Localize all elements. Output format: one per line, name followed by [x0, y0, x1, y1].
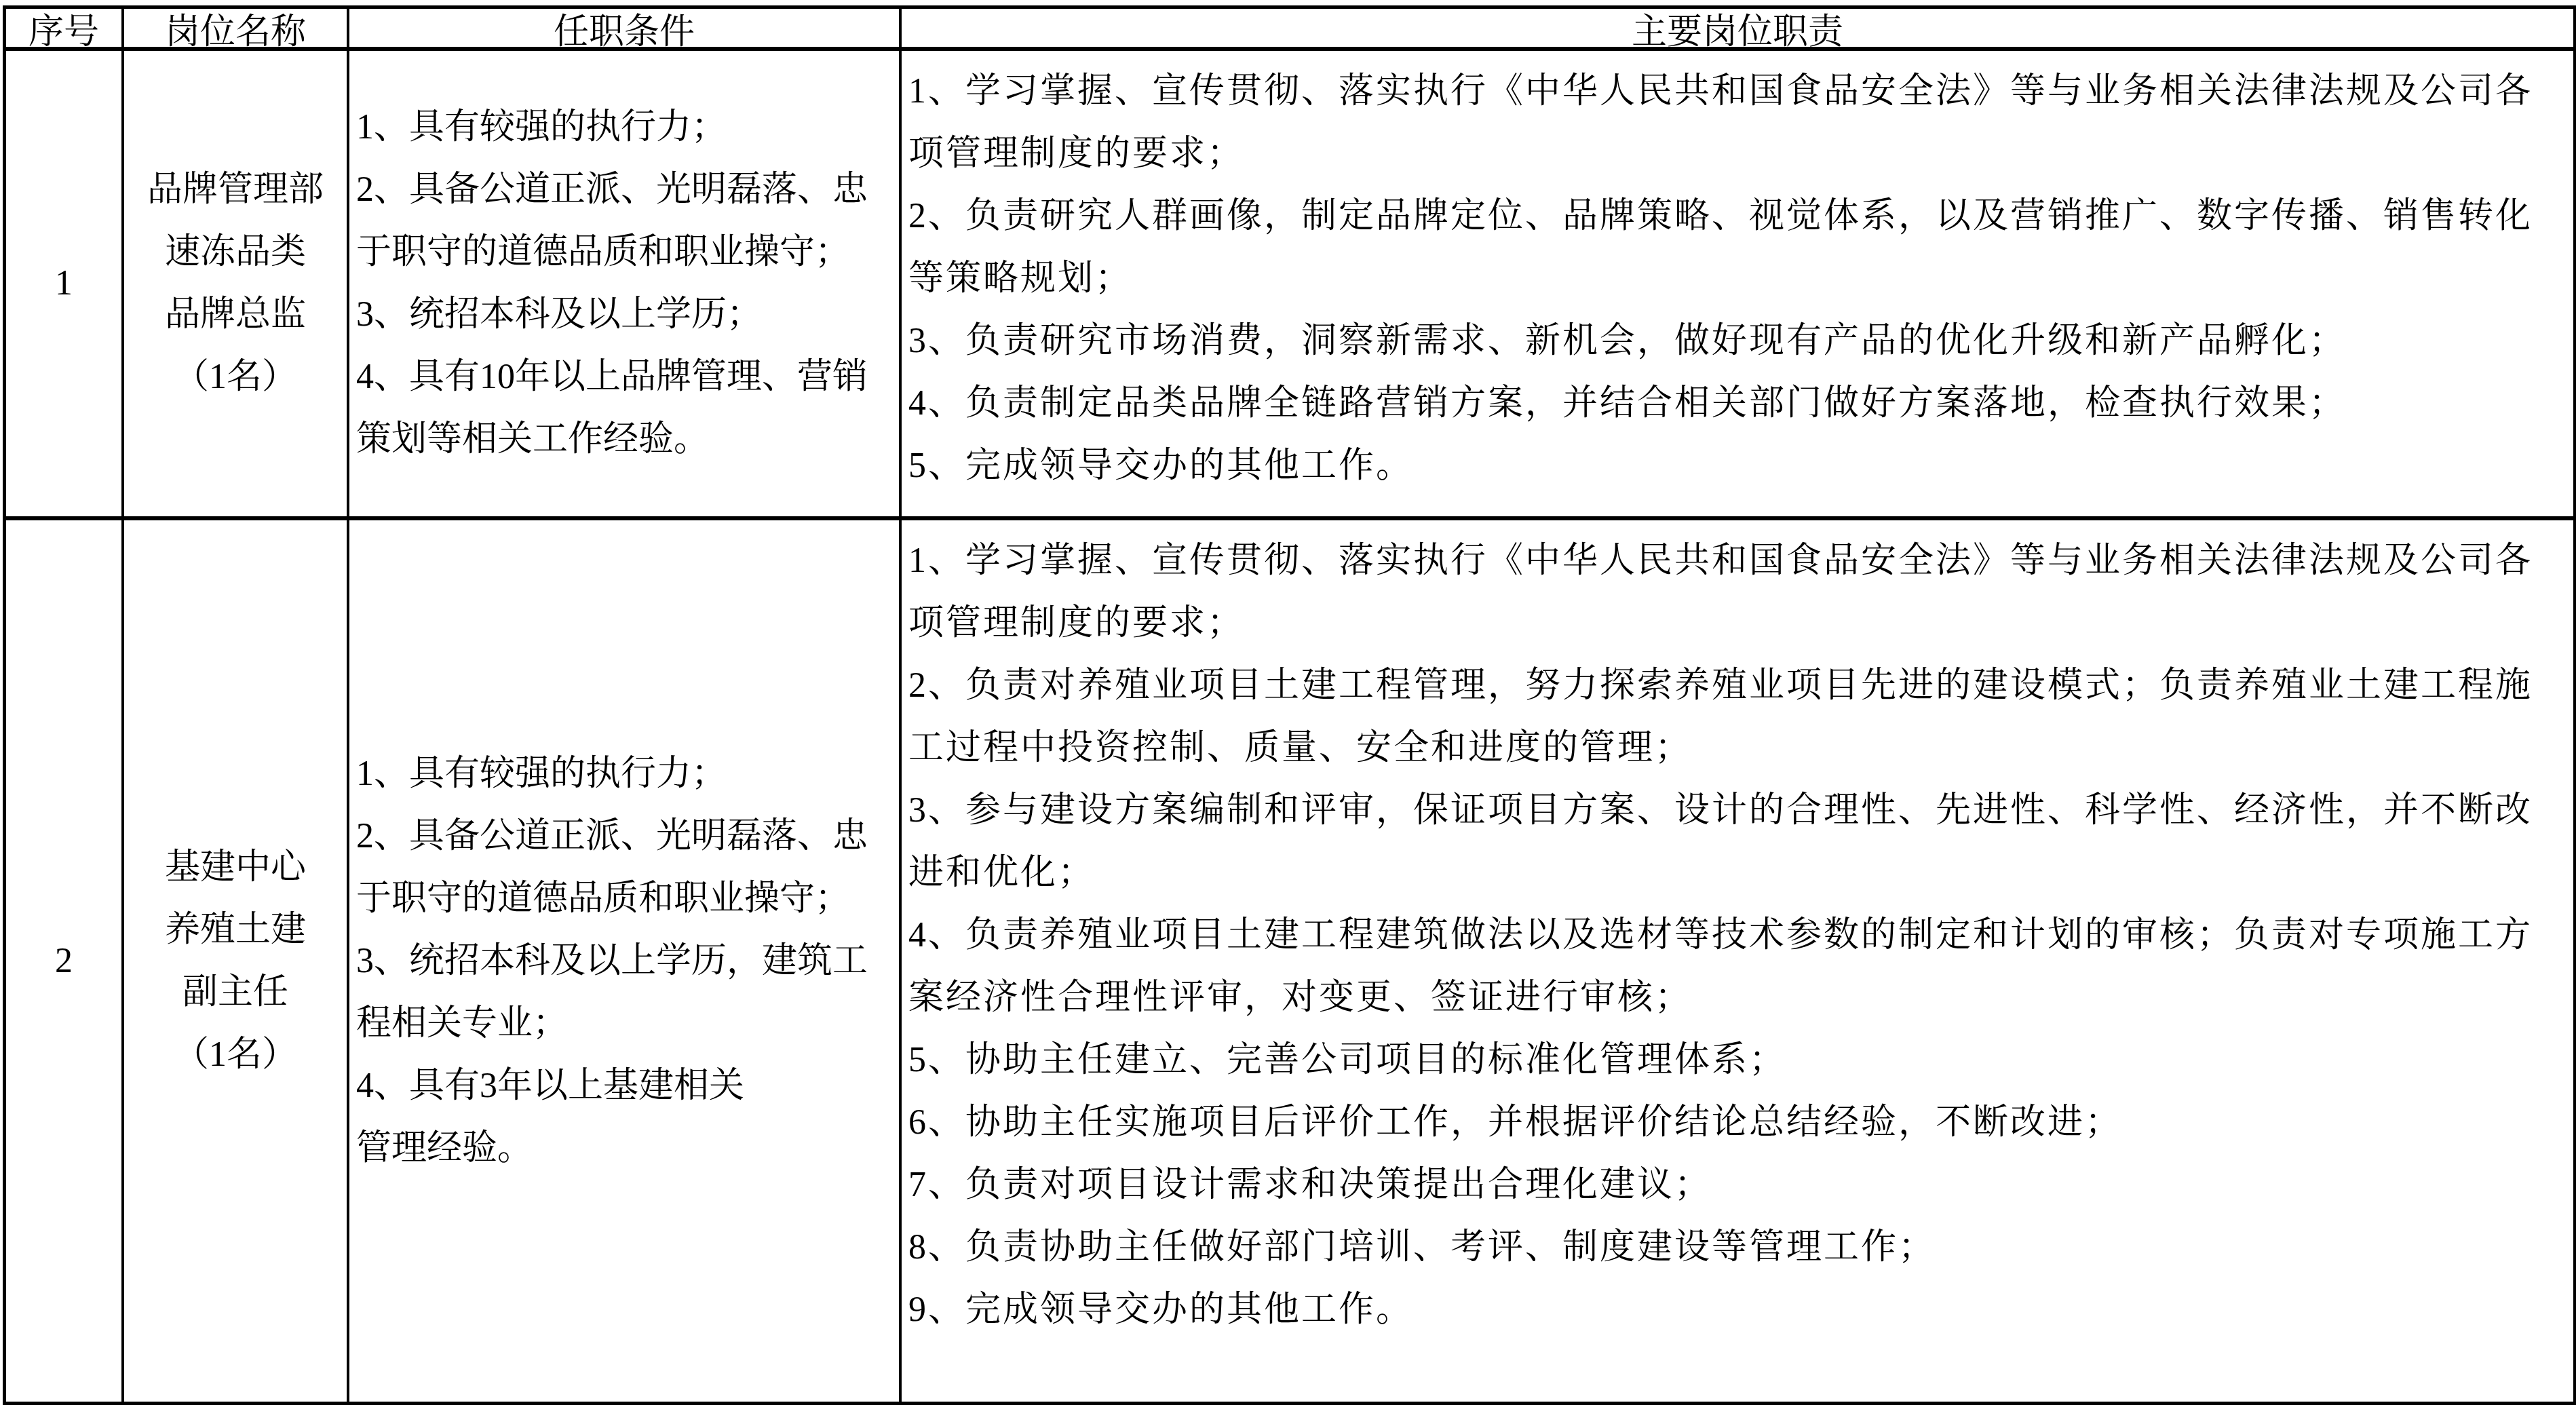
- row-2-duty-item: 3、参与建设方案编制和评审，保证项目方案、设计的合理性、先进性、科学性、经济性，…: [908, 780, 2567, 904]
- row-2-duty-item: 6、协助主任实施项目后评价工作，并根据评价结论总结经验，不断改进；: [908, 1092, 2567, 1154]
- header-label-no: 序号: [28, 9, 99, 51]
- row-2-position-line: 养殖土建: [165, 899, 306, 961]
- row-1-duty-item: 1、学习掌握、宣传贯彻、落实执行《中华人民共和国食品安全法》等与业务相关法律法规…: [908, 60, 2567, 185]
- row-2-qualification-item: 4、具有3年以上基建相关 管理经验。: [356, 1055, 892, 1180]
- row-1-no: 1: [55, 252, 73, 315]
- row-1-position-line: 品牌总监: [165, 284, 306, 346]
- row-2-duty-item: 7、负责对项目设计需求和决策提出合理化建议；: [908, 1154, 2567, 1216]
- row-1-duty-item: 4、负责制定品类品牌全链路营销方案，并结合相关部门做好方案落地，检查执行效果；: [908, 372, 2567, 435]
- row-2-duty-item: 2、负责对养殖业项目土建工程管理，努力探索养殖业项目先进的建设模式；负责养殖业土…: [908, 655, 2567, 780]
- row-2-position-line: 副主任: [182, 961, 288, 1024]
- row-2-qualification-item: 2、具备公道正派、光明磊落、忠于职守的道德品质和职业操守；: [356, 805, 892, 930]
- row-2-duty-item: 9、完成领导交办的其他工作。: [908, 1279, 2567, 1341]
- row-1-duties-cell: 1、学习掌握、宣传贯彻、落实执行《中华人民共和国食品安全法》等与业务相关法律法规…: [902, 51, 2573, 520]
- row-2-duty-item: 1、学习掌握、宣传贯彻、落实执行《中华人民共和国食品安全法》等与业务相关法律法规…: [908, 530, 2567, 655]
- row-1-qualification-item: 3、统招本科及以上学历；: [356, 284, 892, 346]
- row-1-qualification-item: 2、具备公道正派、光明磊落、忠于职守的道德品质和职业操守；: [356, 159, 892, 284]
- header-label-qualifications: 任职条件: [554, 9, 695, 51]
- row-1-no-cell: 1: [6, 51, 124, 520]
- row-2-no-cell: 2: [6, 520, 124, 1402]
- row-2-position-line: （1名）: [174, 1024, 297, 1086]
- row-1-position-line: （1名）: [174, 346, 297, 408]
- row-1-qualification-item: 1、具有较强的执行力；: [356, 96, 892, 159]
- row-2-duty-item: 8、负责协助主任做好部门培训、考评、制度建设等管理工作；: [908, 1216, 2567, 1279]
- row-1-position-line: 品牌管理部: [147, 159, 324, 221]
- row-2-no: 2: [55, 930, 73, 993]
- row-2-qualifications-cell: 1、具有较强的执行力；2、具备公道正派、光明磊落、忠于职守的道德品质和职业操守；…: [349, 520, 902, 1402]
- header-label-position: 岗位名称: [165, 9, 306, 51]
- header-label-duties: 主要岗位职责: [1632, 9, 1843, 51]
- row-1-duty-item: 2、负责研究人群画像，制定品牌定位、品牌策略、视觉体系，以及营销推广、数字传播、…: [908, 185, 2567, 310]
- row-2-duties-cell: 1、学习掌握、宣传贯彻、落实执行《中华人民共和国食品安全法》等与业务相关法律法规…: [902, 520, 2573, 1402]
- row-1-duty-item: 5、完成领导交办的其他工作。: [908, 435, 2567, 497]
- row-2-duty-item: 5、协助主任建立、完善公司项目的标准化管理体系；: [908, 1029, 2567, 1092]
- row-1-qualification-item: 4、具有10年以上品牌管理、营销策划等相关工作经验。: [356, 346, 892, 471]
- row-1-position-cell: 品牌管理部速冻品类品牌总监（1名）: [124, 51, 349, 520]
- header-cell-qualifications: 任职条件: [349, 9, 902, 51]
- row-2-qualification-item: 3、统招本科及以上学历，建筑工程相关专业；: [356, 930, 892, 1055]
- job-positions-table: 序号 岗位名称 任职条件 主要岗位职责 1 品牌管理部速冻品类品牌总监（1名） …: [3, 5, 2576, 1404]
- header-cell-position: 岗位名称: [124, 9, 349, 51]
- row-2-qualification-item: 1、具有较强的执行力；: [356, 743, 892, 805]
- row-1-qualifications-cell: 1、具有较强的执行力；2、具备公道正派、光明磊落、忠于职守的道德品质和职业操守；…: [349, 51, 902, 520]
- row-1-duty-item: 3、负责研究市场消费，洞察新需求、新机会，做好现有产品的优化升级和新产品孵化；: [908, 310, 2567, 372]
- row-2-duty-item: 4、负责养殖业项目土建工程建筑做法以及选材等技术参数的制定和计划的审核；负责对专…: [908, 904, 2567, 1029]
- header-cell-duties: 主要岗位职责: [902, 9, 2573, 51]
- row-2-position-line: 基建中心: [165, 836, 306, 899]
- row-1-position-line: 速冻品类: [165, 221, 306, 284]
- recruitment-table-page: 序号 岗位名称 任职条件 主要岗位职责 1 品牌管理部速冻品类品牌总监（1名） …: [0, 0, 2576, 1404]
- row-2-position-cell: 基建中心养殖土建副主任（1名）: [124, 520, 349, 1402]
- header-cell-no: 序号: [6, 9, 124, 51]
